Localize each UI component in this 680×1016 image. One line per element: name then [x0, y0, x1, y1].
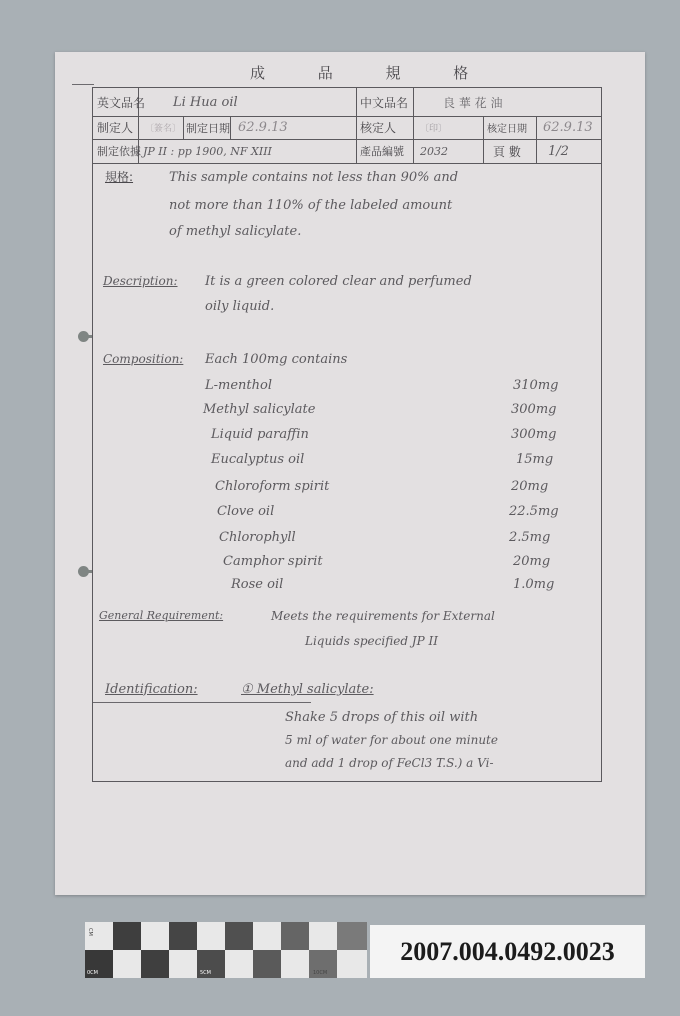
punch-hole-icon — [78, 566, 89, 577]
made-by-label: 制定人 — [97, 116, 133, 139]
spec-label: 規格: — [105, 168, 133, 185]
pages-label: 頁 數 — [493, 139, 521, 163]
composition-item: Methyl salicylate 300mg — [93, 402, 601, 424]
pencil-mark — [72, 84, 94, 85]
scale-label-10: 10CM — [313, 970, 327, 976]
checked-by-stamp: 〔印〕 — [420, 116, 447, 139]
composition-item: L-menthol 310mg — [93, 378, 601, 400]
basis-label: 制定依據 — [97, 139, 141, 163]
document-title: 成 品 規 格 — [250, 62, 492, 83]
composition-item: Camphor spirit 20mg — [93, 554, 601, 576]
catalog-number: 2007.004.0492.0023 — [370, 925, 645, 978]
product-no-value: 2032 — [420, 139, 448, 163]
spec-line: of methyl salicylate. — [169, 224, 301, 239]
composition-item: Chlorophyll 2.5mg — [93, 530, 601, 552]
composition-item: Rose oil 1.0mg — [93, 577, 601, 599]
pages-value: 1/2 — [548, 139, 569, 163]
checked-by-label: 核定人 — [360, 116, 396, 139]
checked-date-label: 核定日期 — [487, 116, 527, 139]
basis-value: JP II : pp 1900, NF XIII — [143, 139, 272, 163]
english-name-value: Li Hua oil — [173, 88, 238, 116]
identification-item-label: ① Methyl salicylate: — [241, 682, 374, 697]
chinese-name-label: 中文品名 — [360, 88, 408, 116]
product-no-label: 產品編號 — [360, 139, 404, 163]
general-requirement-line: Meets the requirements for External — [271, 609, 495, 623]
general-requirement-line: Liquids specified JP II — [305, 634, 438, 648]
header-row-1 — [93, 88, 601, 117]
identification-divider — [93, 702, 311, 703]
checked-date-value: 62.9.13 — [543, 116, 593, 139]
made-date-label: 制定日期 — [186, 116, 230, 139]
description-line: It is a green colored clear and perfumed — [205, 274, 472, 289]
composition-item: Clove oil 22.5mg — [93, 504, 601, 526]
composition-item: Eucalyptus oil 15mg — [93, 452, 601, 474]
spec-line: This sample contains not less than 90% a… — [169, 170, 458, 185]
scale-side-label: CM — [87, 928, 93, 936]
composition-label: Composition: — [103, 352, 183, 366]
identification-line: Shake 5 drops of this oil with — [285, 710, 478, 725]
composition-intro: Each 100mg contains — [205, 352, 347, 367]
spec-line: not more than 110% of the labeled amount — [169, 198, 452, 213]
composition-item: Liquid paraffin 300mg — [93, 427, 601, 449]
scale-label-5: 5CM — [200, 970, 211, 976]
general-requirement-label: General Requirement: — [99, 609, 223, 622]
identification-label: Identification: — [105, 682, 198, 697]
chinese-name-value: 良 華 花 油 — [443, 88, 502, 116]
spec-form: 英文品名 Li Hua oil 中文品名 良 華 花 油 制定人 〔簽名〕 制定… — [92, 87, 602, 782]
identification-line: and add 1 drop of FeCl3 T.S.) a Vi- — [285, 756, 494, 770]
composition-item: Chloroform spirit 20mg — [93, 479, 601, 501]
made-date-value: 62.9.13 — [238, 116, 288, 139]
made-by-value: 〔簽名〕 — [145, 116, 181, 139]
english-name-label: 英文品名 — [97, 88, 145, 116]
description-label: Description: — [103, 274, 178, 288]
scale-bar: CM 0CM 5CM 10CM — [85, 922, 367, 978]
punch-hole-icon — [78, 331, 89, 342]
identification-line: 5 ml of water for about one minute — [285, 733, 498, 747]
description-line: oily liquid. — [205, 299, 274, 314]
scale-label-0: 0CM — [87, 970, 98, 976]
